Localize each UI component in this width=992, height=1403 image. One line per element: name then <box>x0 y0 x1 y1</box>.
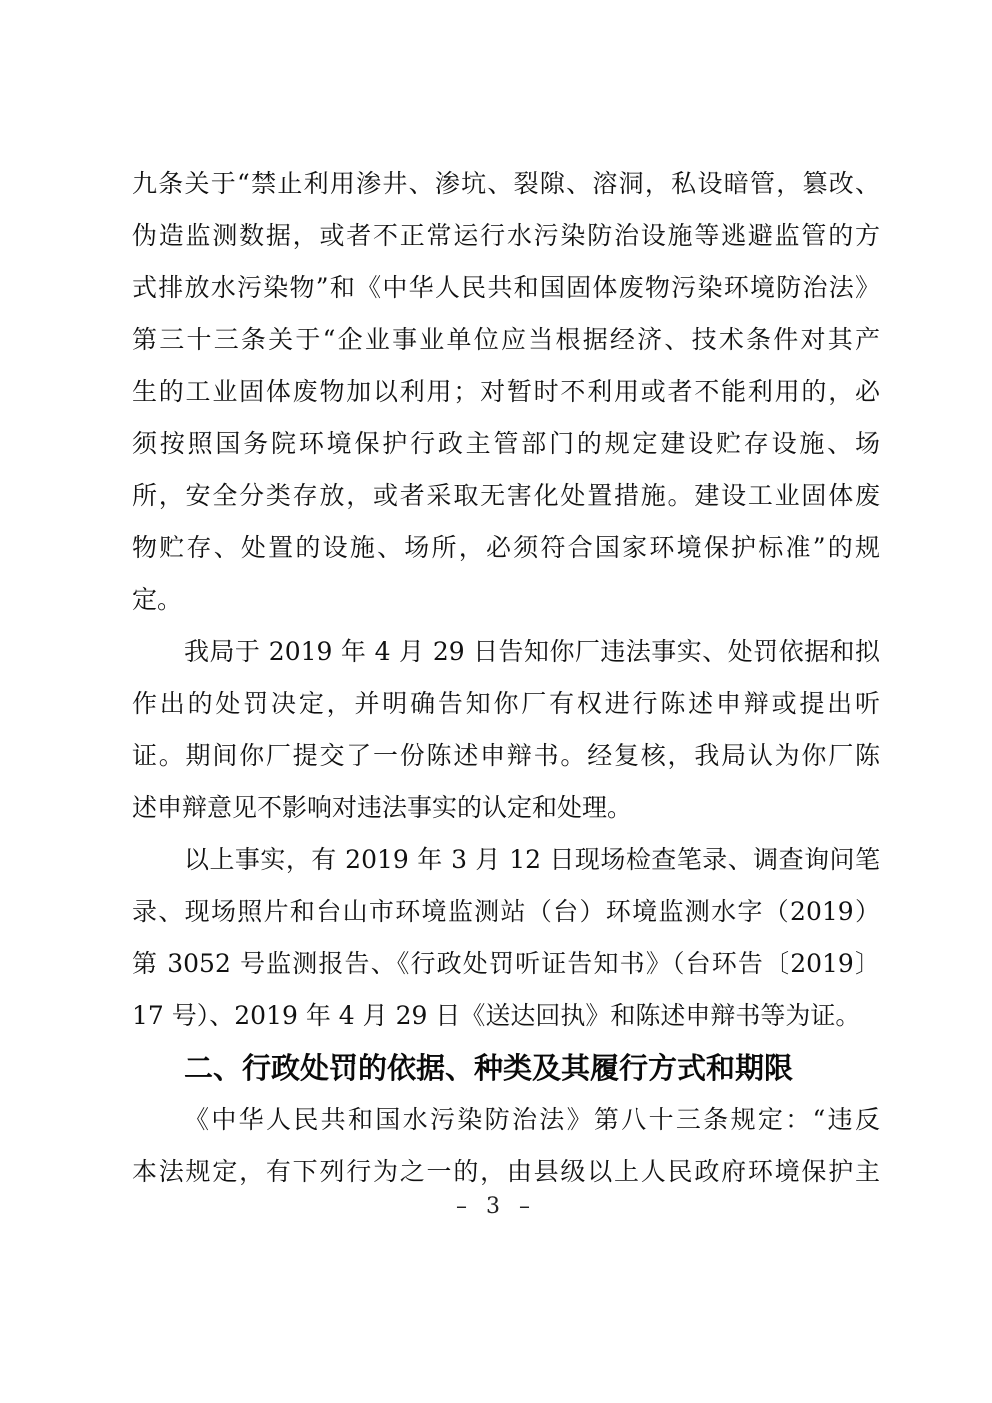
doc-line: 以上事实，有 2019 年 3 月 12 日现场检查笔录、调查询问笔 <box>132 834 880 886</box>
doc-line: 本法规定，有下列行为之一的，由县级以上人民政府环境保护主 <box>132 1146 880 1198</box>
doc-line: 证。期间你厂提交了一份陈述申辩书。经复核，我局认为你厂陈 <box>132 730 880 782</box>
page-number: – 3 – <box>0 1192 992 1222</box>
doc-line: 述申辩意见不影响对违法事实的认定和处理。 <box>132 782 880 834</box>
document-text-block: 九条关于“禁止利用渗井、渗坑、裂隙、溶洞，私设暗管，篡改、 伪造监测数据，或者不… <box>132 158 880 1198</box>
doc-line: 式排放水污染物”和《中华人民共和国固体废物污染环境防治法》 <box>132 262 880 314</box>
doc-line: 所，安全分类存放，或者采取无害化处置措施。建设工业固体废 <box>132 470 880 522</box>
document-page: 九条关于“禁止利用渗井、渗坑、裂隙、溶洞，私设暗管，篡改、 伪造监测数据，或者不… <box>0 0 992 1403</box>
doc-line: 物贮存、处置的设施、场所，必须符合国家环境保护标准”的规 <box>132 522 880 574</box>
doc-line: 我局于 2019 年 4 月 29 日告知你厂违法事实、处罚依据和拟 <box>132 626 880 678</box>
doc-line: 须按照国务院环境保护行政主管部门的规定建设贮存设施、场 <box>132 418 880 470</box>
doc-line: 定。 <box>132 574 880 626</box>
doc-line: 《中华人民共和国水污染防治法》第八十三条规定：“违反 <box>132 1094 880 1146</box>
doc-line: 17 号）、2019 年 4 月 29 日《送达回执》和陈述申辩书等为证。 <box>132 990 880 1042</box>
doc-line: 录、现场照片和台山市环境监测站（台）环境监测水字（2019） <box>132 886 880 938</box>
doc-line: 伪造监测数据，或者不正常运行水污染防治设施等逃避监管的方 <box>132 210 880 262</box>
doc-line: 作出的处罚决定，并明确告知你厂有权进行陈述申辩或提出听 <box>132 678 880 730</box>
section-heading: 二、行政处罚的依据、种类及其履行方式和期限 <box>132 1042 880 1094</box>
doc-line: 九条关于“禁止利用渗井、渗坑、裂隙、溶洞，私设暗管，篡改、 <box>132 158 880 210</box>
doc-line: 第 3052 号监测报告、《行政处罚听证告知书》（台环告〔2019〕 <box>132 938 880 990</box>
doc-line: 第三十三条关于“企业事业单位应当根据经济、技术条件对其产 <box>132 314 880 366</box>
doc-line: 生的工业固体废物加以利用；对暂时不利用或者不能利用的，必 <box>132 366 880 418</box>
